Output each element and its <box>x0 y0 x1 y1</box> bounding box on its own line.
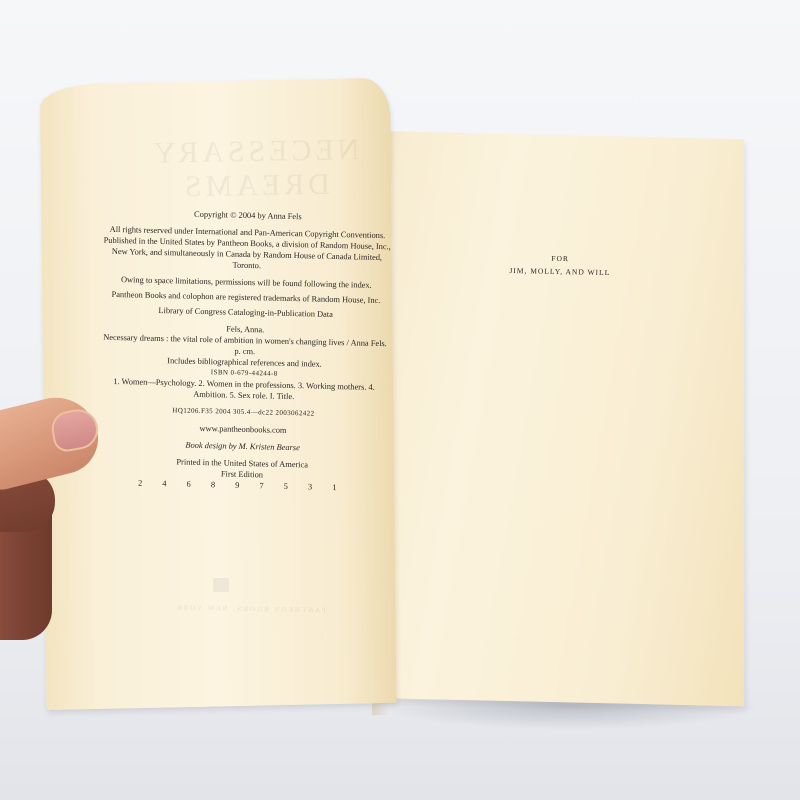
dedication-block: FOR JIM, MOLLY, AND WILL <box>470 250 651 280</box>
publisher-colophon-icon <box>213 578 229 592</box>
copyright-block: Copyright © 2004 by Anna Fels All rights… <box>94 207 396 495</box>
rights-statement: All rights reserved under International … <box>99 224 396 275</box>
bleed-through-title: NECESSARY DREAMS <box>119 133 390 206</box>
right-page <box>376 131 744 706</box>
